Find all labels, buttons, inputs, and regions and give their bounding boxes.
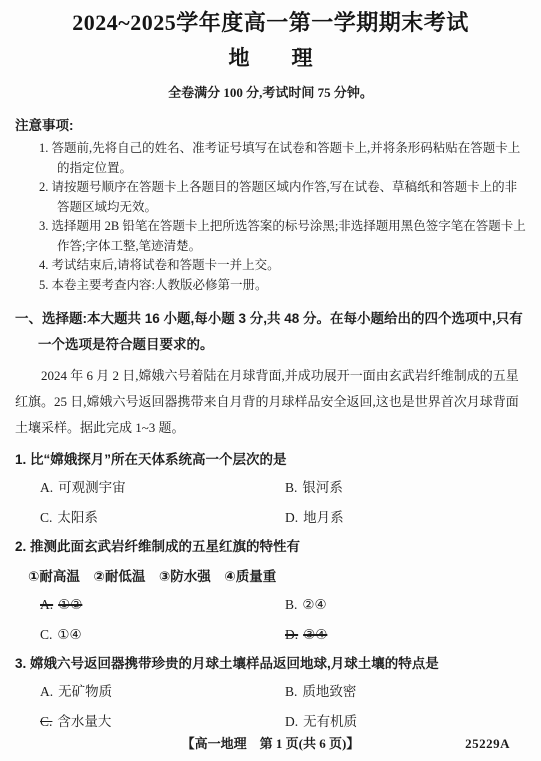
notice-item: 5. 本卷主要考查内容:人教版必修第一册。	[39, 276, 526, 296]
option-label: A.	[40, 597, 53, 612]
notice-item: 2. 请按题号顺序在答题卡上各题目的答题区域内作答,写在试卷、草稿纸和答题卡上的…	[39, 178, 526, 217]
option-a: A.可观测宇宙	[40, 478, 285, 498]
question-2: 2. 推测此面玄武岩纤维制成的五星红旗的特性有 ①耐高温 ②耐低温 ③防水强 ④…	[15, 537, 526, 645]
option-label: C.	[40, 714, 52, 729]
passage-text: 2024 年 6 月 2 日,嫦娥六号着陆在月球背面,并成功展开一面由玄武岩纤维…	[15, 363, 526, 441]
option-label: D.	[285, 714, 298, 729]
option-text: ②④	[302, 597, 326, 612]
notice-item: 4. 考试结束后,请将试卷和答题卡一并上交。	[39, 256, 526, 276]
option-c: C.①④	[40, 625, 285, 645]
option-b: B.质地致密	[285, 682, 526, 702]
option-text: 地月系	[303, 510, 344, 525]
notice-list: 1. 答题前,先将自己的姓名、准考证号填写在试卷和答题卡上,并将条形码粘贴在答题…	[15, 139, 526, 295]
option-text: 无矿物质	[58, 684, 112, 699]
option-label: A.	[40, 684, 53, 699]
question-1: 1. 比“嫦娥探月”所在天体系统高一个层次的是 A.可观测宇宙 B.银河系 C.…	[15, 450, 526, 528]
option-text: ①②	[58, 597, 82, 612]
question-stem: 2. 推测此面玄武岩纤维制成的五星红旗的特性有	[15, 537, 526, 557]
exam-info-line: 全卷满分 100 分,考试时间 75 分钟。	[15, 82, 526, 101]
option-label: C.	[40, 627, 52, 642]
option-d: D.地月系	[285, 508, 526, 528]
option-b: B.②④	[285, 595, 526, 615]
question-stem: 3. 嫦娥六号返回器携带珍贵的月球土壤样品返回地球,月球土壤的特点是	[15, 654, 526, 674]
options-grid: A.①② B.②④ C.①④ D.③④	[40, 595, 526, 645]
option-c: C.含水量大	[40, 712, 285, 732]
option-label: B.	[285, 480, 297, 495]
option-text: ①④	[57, 627, 81, 642]
exam-paper-page: 2024~2025学年度高一第一学期期末考试 地 理 全卷满分 100 分,考试…	[0, 0, 541, 761]
option-text: 太阳系	[57, 510, 98, 525]
footer-page-info: 【高一地理 第 1 页(共 6 页)】	[0, 733, 541, 752]
options-grid: A.无矿物质 B.质地致密 C.含水量大 D.无有机质	[40, 682, 526, 732]
option-d: D.无有机质	[285, 712, 526, 732]
section-one-heading: 一、选择题:本大题共 16 小题,每小题 3 分,共 48 分。在每小题给出的四…	[15, 306, 526, 358]
option-a: A.①②	[40, 595, 285, 615]
options-grid: A.可观测宇宙 B.银河系 C.太阳系 D.地月系	[40, 478, 526, 528]
option-text: 银河系	[302, 480, 343, 495]
numbered-choices-line: ①耐高温 ②耐低温 ③防水强 ④质量重	[28, 567, 526, 587]
option-b: B.银河系	[285, 478, 526, 498]
option-label: D.	[285, 510, 298, 525]
option-text: 可观测宇宙	[58, 480, 126, 495]
option-text: ③④	[303, 627, 327, 642]
option-label: A.	[40, 480, 53, 495]
notice-item: 1. 答题前,先将自己的姓名、准考证号填写在试卷和答题卡上,并将条形码粘贴在答题…	[39, 139, 526, 178]
footer-paper-code: 25229A	[465, 736, 510, 752]
notices-heading: 注意事项:	[15, 114, 526, 134]
question-stem: 1. 比“嫦娥探月”所在天体系统高一个层次的是	[15, 450, 526, 470]
option-d: D.③④	[285, 625, 526, 645]
option-label: C.	[40, 510, 52, 525]
subject-title: 地 理	[15, 45, 526, 71]
option-text: 含水量大	[57, 714, 111, 729]
option-label: B.	[285, 684, 297, 699]
option-label: B.	[285, 597, 297, 612]
option-text: 无有机质	[303, 714, 357, 729]
notices-block: 注意事项: 1. 答题前,先将自己的姓名、准考证号填写在试卷和答题卡上,并将条形…	[15, 114, 526, 295]
question-3: 3. 嫦娥六号返回器携带珍贵的月球土壤样品返回地球,月球土壤的特点是 A.无矿物…	[15, 654, 526, 732]
option-c: C.太阳系	[40, 508, 285, 528]
option-label: D.	[285, 627, 298, 642]
option-a: A.无矿物质	[40, 682, 285, 702]
notice-item: 3. 选择题用 2B 铅笔在答题卡上把所选答案的标号涂黑;非选择题用黑色签字笔在…	[39, 217, 526, 256]
option-text: 质地致密	[302, 684, 356, 699]
page-title: 2024~2025学年度高一第一学期期末考试	[15, 8, 526, 38]
